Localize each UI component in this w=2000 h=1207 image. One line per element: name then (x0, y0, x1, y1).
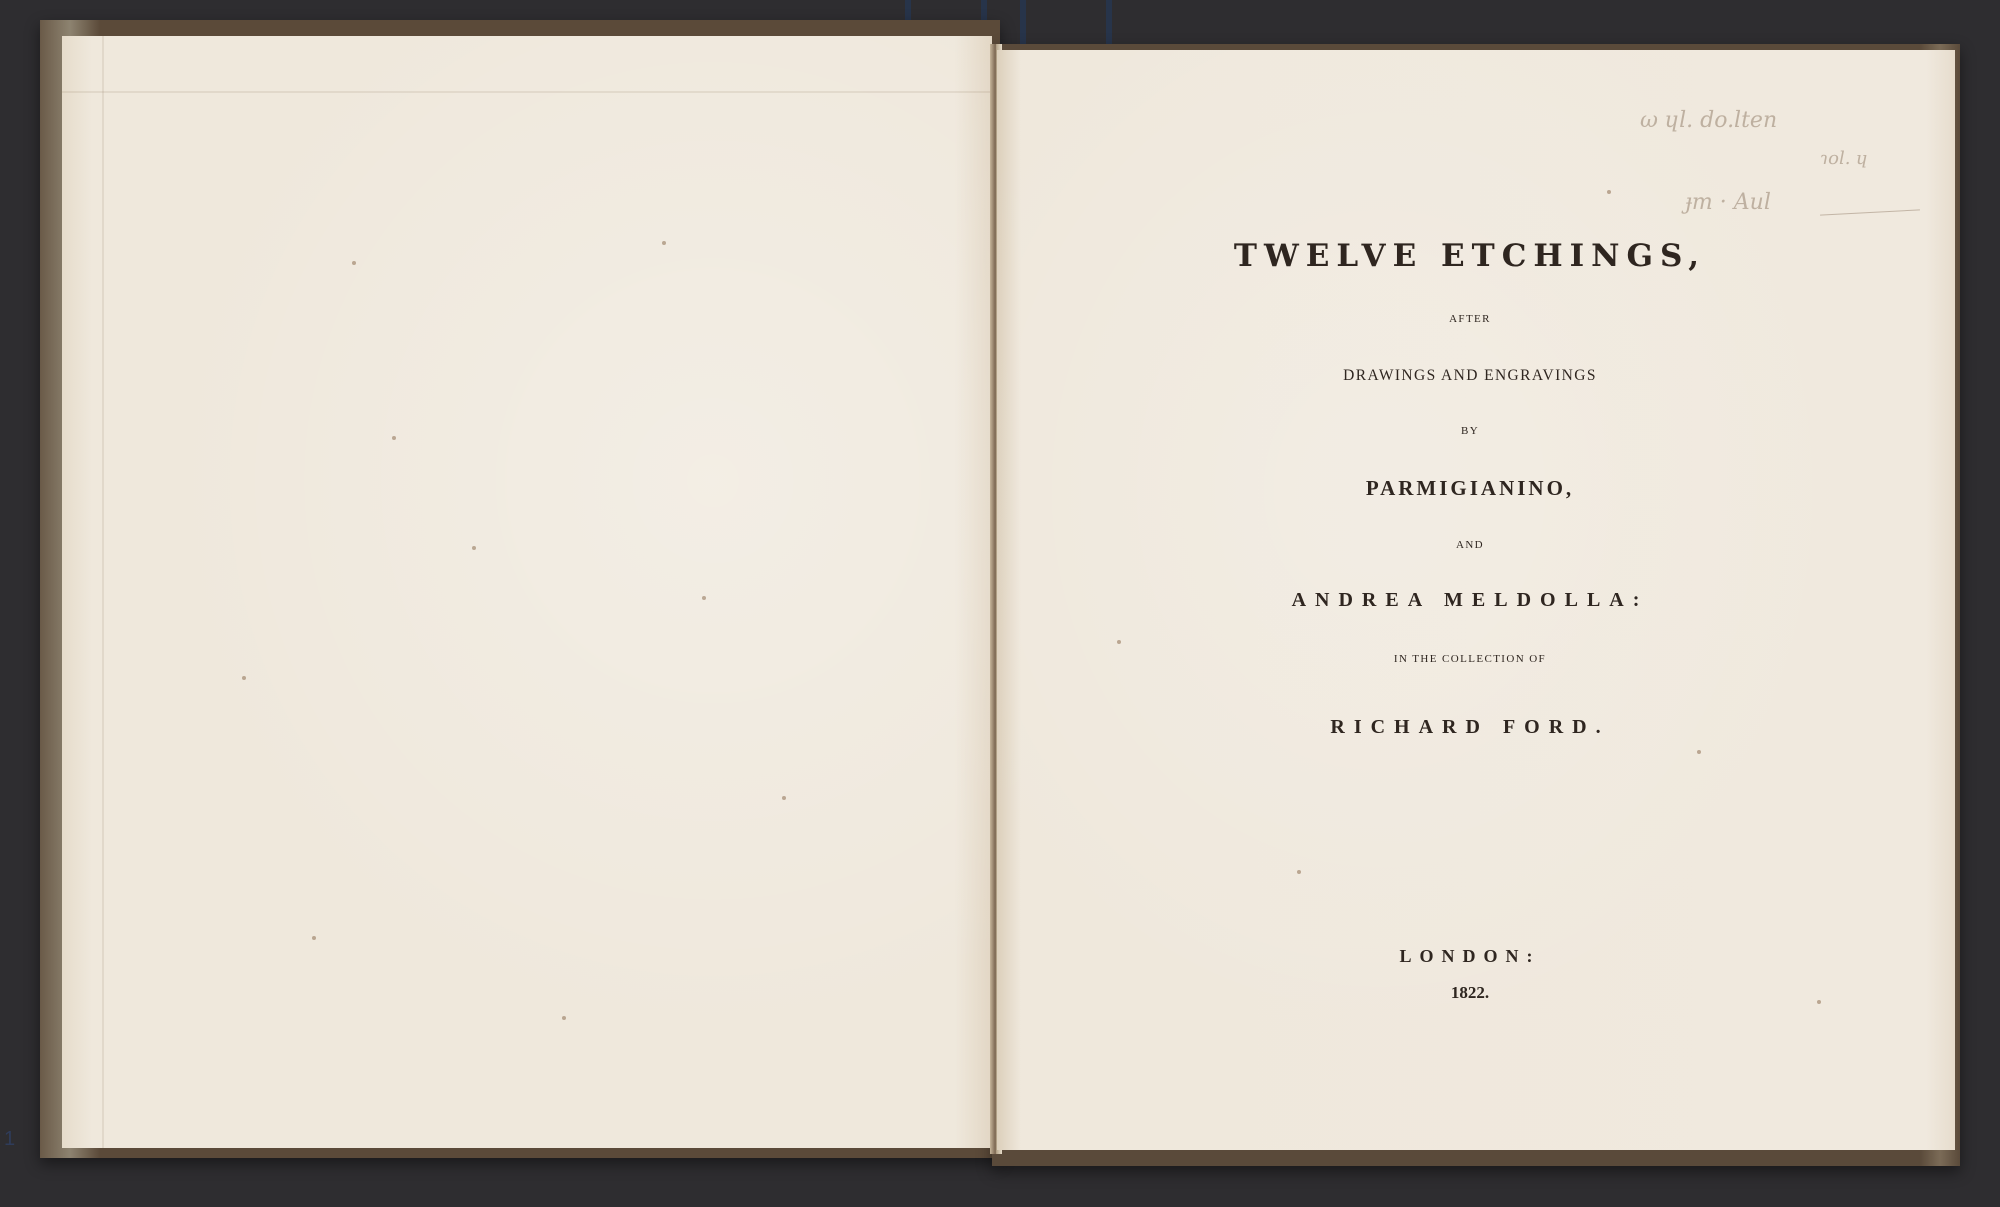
paper-crease (62, 91, 992, 93)
title-line-by: BY (1000, 425, 1940, 437)
title-line-drawings: DRAWINGS AND ENGRAVINGS (1000, 367, 1940, 385)
collector-name: RICHARD FORD. (1000, 716, 1940, 739)
paper-crease (102, 36, 104, 1148)
handwritten-inscription: ω ɥl. do.lten (1640, 108, 1777, 133)
foxing-spot (662, 241, 666, 245)
foxing-spot (1607, 190, 1611, 194)
foxing-spot (472, 546, 476, 550)
title-line-and: AND (1000, 539, 1940, 551)
foxing-spot (562, 1016, 566, 1020)
foxing-spot (1117, 640, 1121, 644)
foxing-spot (1297, 870, 1301, 874)
title-line-collection: IN THE COLLECTION OF (1000, 653, 1940, 665)
imprint-place: LONDON: (1000, 946, 1940, 967)
foxing-spot (242, 676, 246, 680)
foxing-spot (782, 796, 786, 800)
page-marker: 1 (4, 1128, 15, 1151)
background-shelf-frame (1020, 0, 1112, 48)
artist-name-parmigianino: PARMIGIANINO, (1000, 476, 1940, 501)
left-page-blank (62, 36, 992, 1148)
foxing-spot (312, 936, 316, 940)
handwritten-inscription: ɿol. ɥ (1820, 148, 1868, 169)
book-title: TWELVE ETCHINGS, (1000, 238, 1940, 274)
handwritten-inscription: ɟm · Aul (1685, 190, 1771, 215)
foxing-spot (702, 596, 706, 600)
foxing-spot (1697, 750, 1701, 754)
artist-name-meldolla: ANDREA MELDOLLA: (1000, 589, 1940, 612)
imprint-year: 1822. (1000, 983, 1940, 1003)
foxing-spot (392, 436, 396, 440)
title-line-after: AFTER (1000, 313, 1940, 325)
foxing-spot (352, 261, 356, 265)
